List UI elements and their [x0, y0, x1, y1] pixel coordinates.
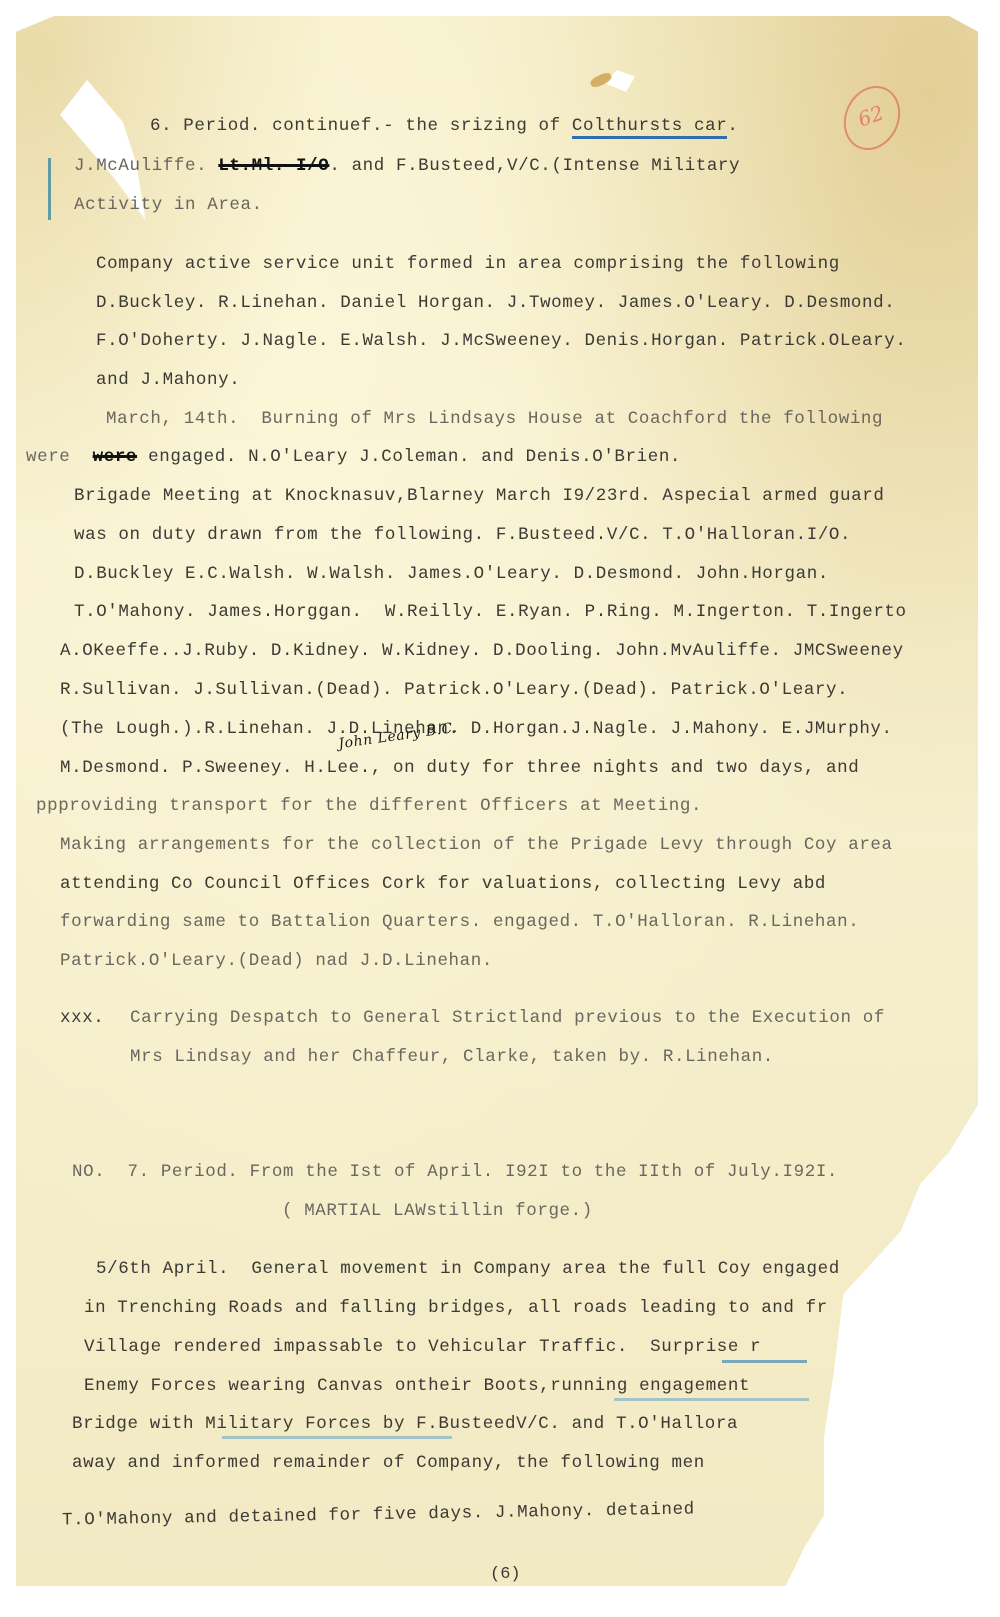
brigade-line: T.O'Mahony. James.Horggan. W.Reilly. E.R… [74, 602, 907, 622]
heading-suffix: . [727, 116, 738, 136]
brigade-line: R.Sullivan. J.Sullivan.(Dead). Patrick.O… [60, 680, 848, 700]
section6-line3: Activity in Area. [74, 195, 263, 215]
heading-text: 6. Period. continuef.- the srizing of [150, 116, 572, 136]
despatch-line: Carrying Despatch to General Strictland … [130, 1008, 885, 1028]
brigade-line: D.Buckley E.C.Walsh. W.Walsh. James.O'Le… [74, 564, 829, 584]
asu-members-line: and J.Mahony. [96, 370, 240, 390]
text: Village rendered impassable to Vehicular… [84, 1337, 761, 1357]
march14-line: were were engaged. N.O'Leary J.Coleman. … [26, 447, 681, 467]
april-line: Bridge with Military Forces by F.Busteed… [72, 1414, 738, 1434]
blue-pencil-underline [222, 1436, 452, 1439]
section7-subheading: ( MARTIAL LAWstillin forge.) [282, 1201, 593, 1221]
text: J.McAuliffe. [74, 156, 218, 176]
blue-pencil-underline [614, 1398, 809, 1401]
march14-line: March, 14th. Burning of Mrs Lindsays Hou… [106, 409, 883, 429]
levy-line: forwarding same to Battalion Quarters. e… [60, 912, 859, 932]
text: engaged. N.O'Leary J.Coleman. and Denis.… [137, 447, 681, 467]
levy-line: Making arrangements for the collection o… [60, 835, 893, 855]
section7-heading: NO. 7. Period. From the Ist of April. I9… [72, 1162, 838, 1182]
despatch-marker: xxx. [60, 1008, 104, 1028]
brigade-line: M.Desmond. P.Sweeney. H.Lee., on duty fo… [60, 758, 859, 778]
underlined-text: Colthursts car [572, 116, 727, 139]
asu-intro: Company active service unit formed in ar… [96, 254, 840, 274]
section6-line2: J.McAuliffe. Lt.Ml. I/O. and F.Busteed,V… [74, 156, 740, 176]
april-line: Village rendered impassable to Vehicular… [84, 1337, 761, 1357]
text: . and F.Busteed,V/C.(Intense Military [329, 156, 740, 176]
brigade-line: (The Lough.).R.Linehan. J.D.Linehan. D.H… [60, 719, 893, 739]
levy-line: attending Co Council Offices Cork for va… [60, 874, 826, 894]
blue-margin-line [48, 158, 51, 220]
brigade-line: was on duty drawn from the following. F.… [74, 525, 851, 545]
brigade-line: Brigade Meeting at Knocknasuv,Blarney Ma… [74, 486, 884, 506]
april-line: Enemy Forces wearing Canvas ontheir Boot… [84, 1376, 750, 1396]
april-line: in Trenching Roads and falling bridges, … [84, 1298, 828, 1318]
struck-text: Lt.Ml. I/O [218, 156, 329, 176]
asu-members-line: F.O'Doherty. J.Nagle. E.Walsh. J.McSween… [96, 331, 906, 351]
section6-heading: 6. Period. continuef.- the srizing of Co… [150, 116, 738, 136]
april-line: away and informed remainder of Company, … [72, 1453, 705, 1473]
blue-pencil-underline [722, 1360, 807, 1363]
asu-members-line: D.Buckley. R.Linehan. Daniel Horgan. J.T… [96, 293, 895, 313]
struck-text: were [93, 447, 137, 467]
brigade-line: A.OKeeffe..J.Ruby. D.Kidney. W.Kidney. D… [60, 641, 904, 661]
text: were [26, 447, 93, 467]
april-line: 5/6th April. General movement in Company… [96, 1259, 840, 1279]
despatch-line: Mrs Lindsay and her Chaffeur, Clarke, ta… [130, 1047, 774, 1067]
page-number: (6) [490, 1565, 521, 1584]
levy-line: Patrick.O'Leary.(Dead) nad J.D.Linehan. [60, 951, 493, 971]
brigade-line: ppproviding transport for the different … [36, 796, 702, 816]
